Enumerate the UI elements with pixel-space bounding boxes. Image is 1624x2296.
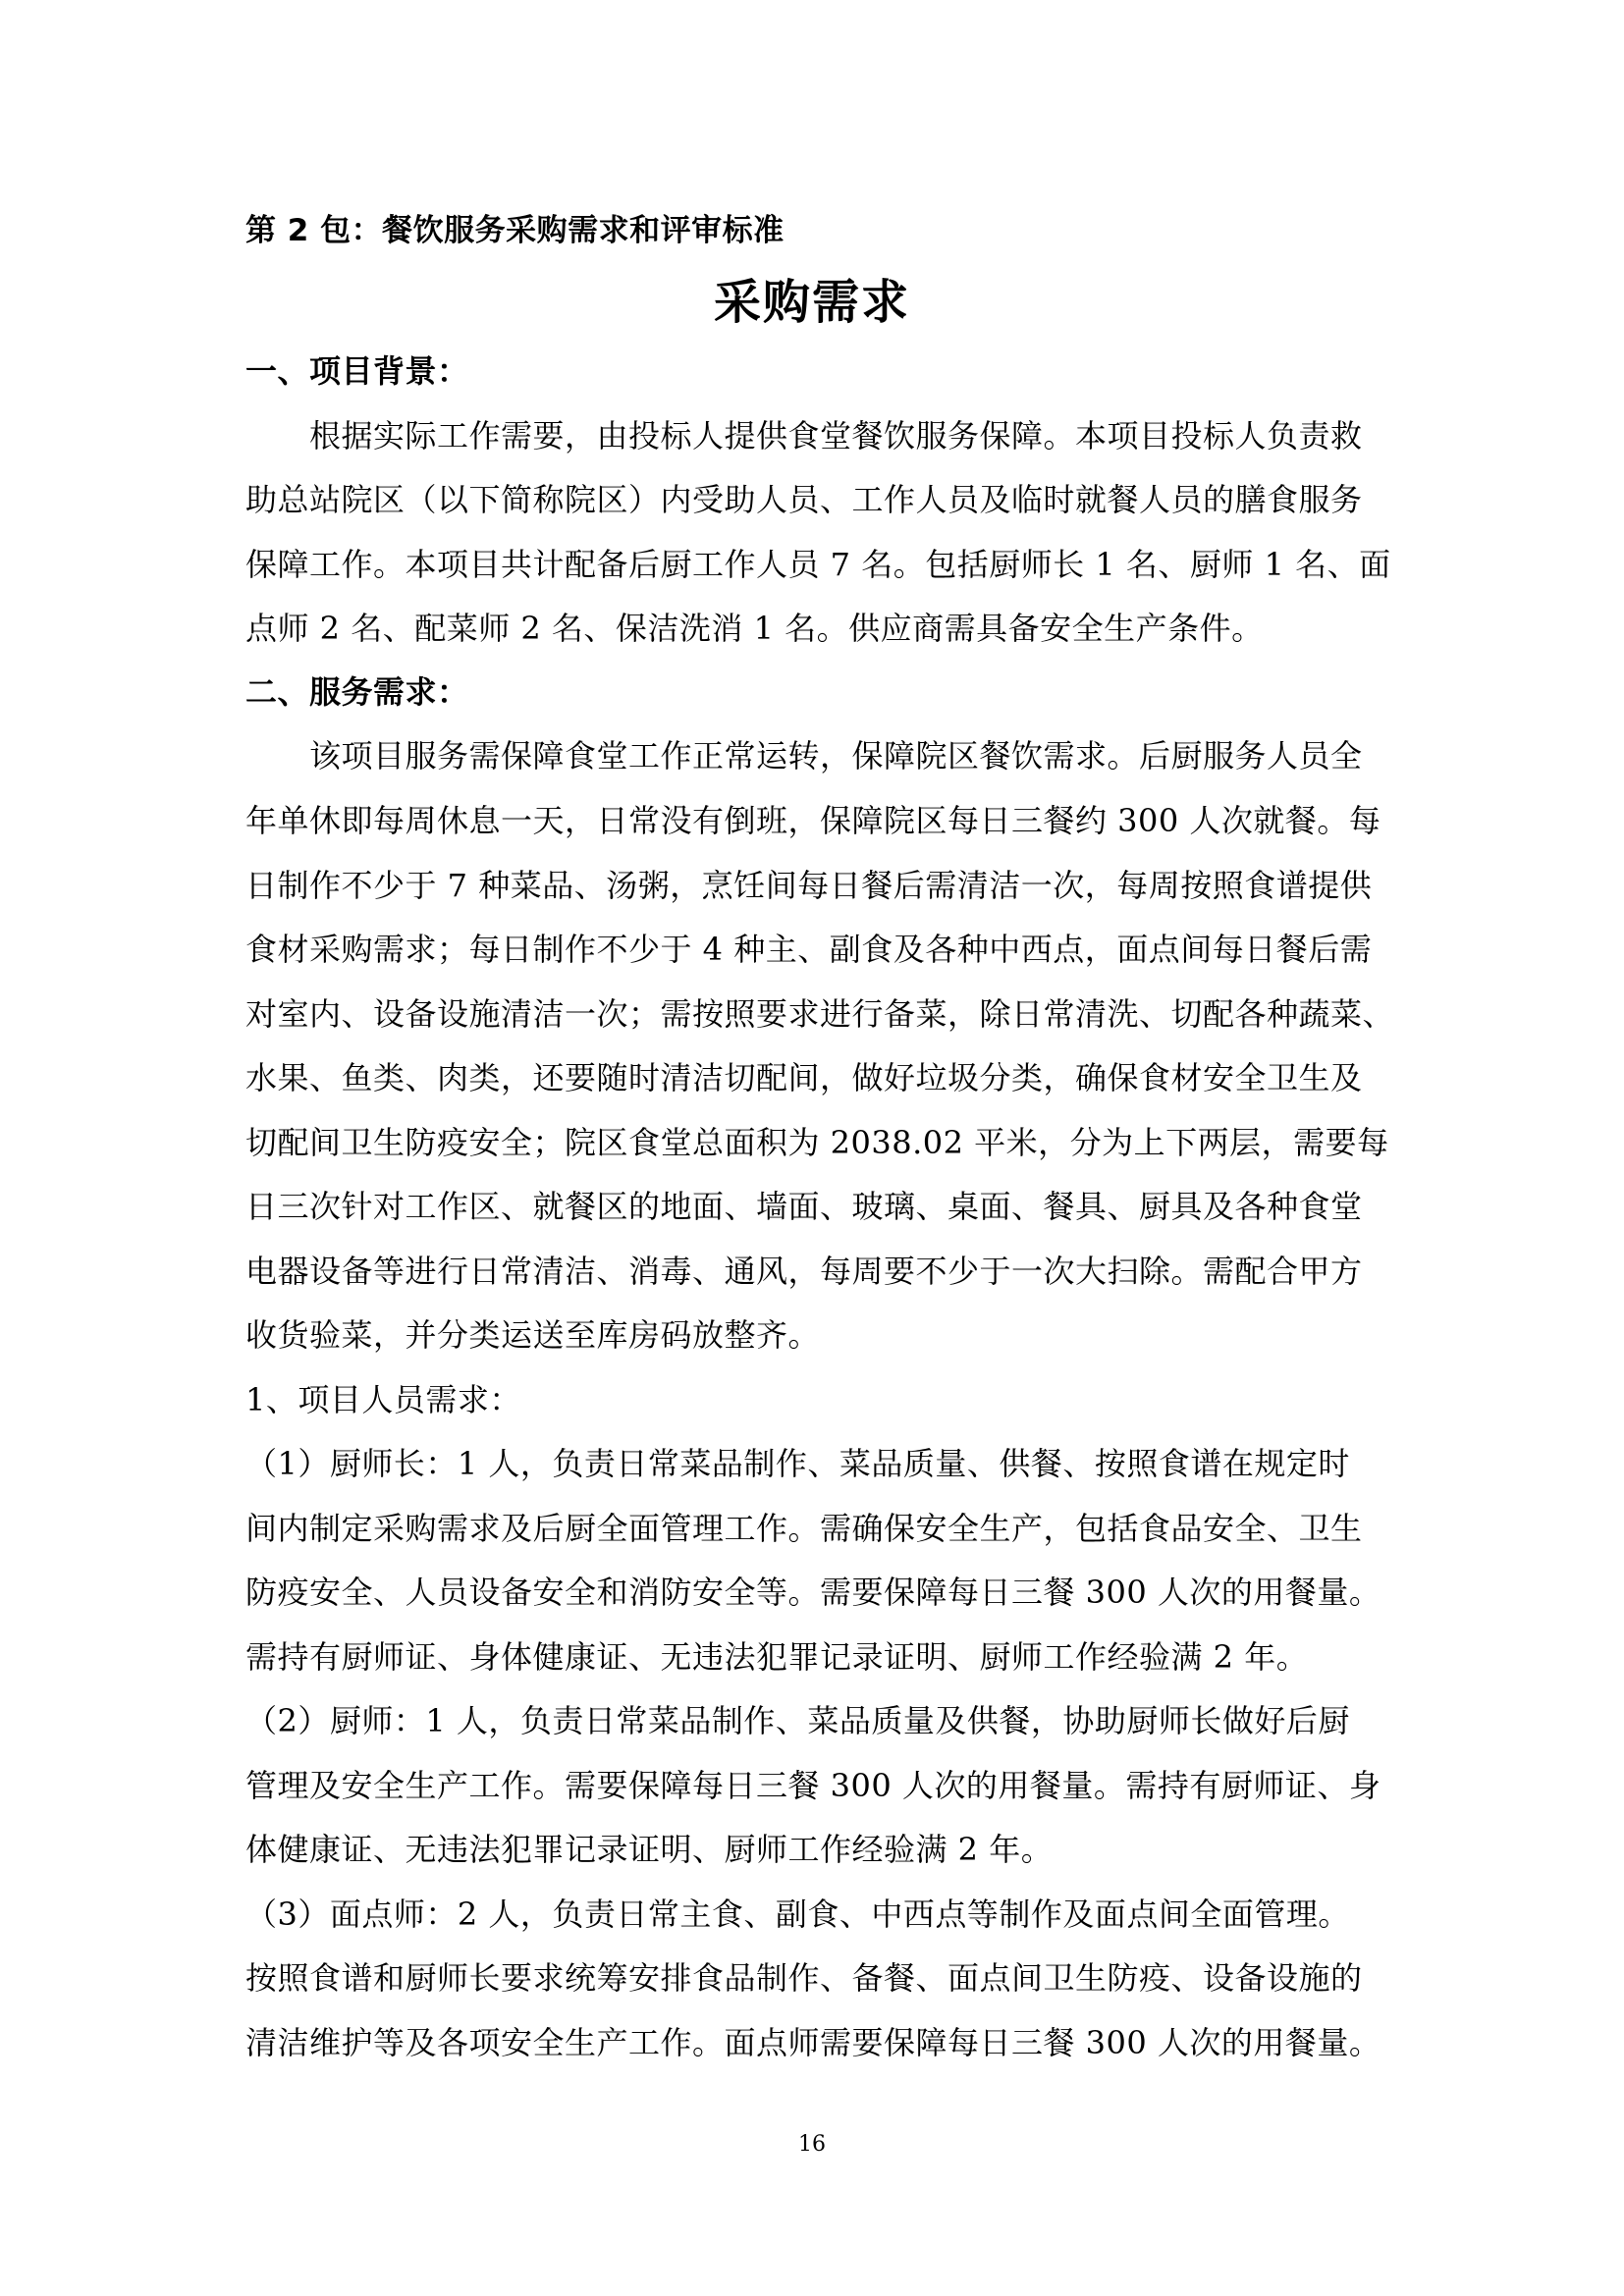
paragraph-line: 收货验菜，并分类运送至库房码放整齐。 [245, 1315, 1384, 1355]
paragraph-line: 日三次针对工作区、就餐区的地面、墙面、玻璃、桌面、餐具、厨具及各种食堂 [245, 1187, 1384, 1226]
page-title: 采购需求 [0, 273, 1624, 332]
list-item-line: 按照食谱和厨师长要求统筹安排食品制作、备餐、面点间卫生防疫、设备设施的 [245, 1958, 1384, 1998]
package-heading: 第 2 包：餐饮服务采购需求和评审标准 [245, 211, 1384, 250]
list-item-line: 间内制定采购需求及后厨全面管理工作。需确保安全生产，包括食品安全、卫生 [245, 1509, 1384, 1548]
paragraph-line: 水果、鱼类、肉类，还要随时清洁切配间，做好垃圾分类，确保食材安全卫生及 [245, 1058, 1384, 1097]
paragraph-line: 年单休即每周休息一天，日常没有倒班，保障院区每日三餐约 300 人次就餐。每 [245, 801, 1384, 840]
list-item-line: （2）厨师：1 人，负责日常菜品制作、菜品质量及供餐，协助厨师长做好后厨 [245, 1701, 1384, 1740]
list-item-line: 防疫安全、人员设备安全和消防安全等。需要保障每日三餐 300 人次的用餐量。 [245, 1573, 1384, 1612]
paragraph-line: 食材采购需求；每日制作不少于 4 种主、副食及各种中西点，面点间每日餐后需 [245, 930, 1384, 969]
paragraph-line: 根据实际工作需要，由投标人提供食堂餐饮服务保障。本项目投标人负责救 [309, 416, 1448, 455]
section-heading-service: 二、服务需求： [245, 672, 1384, 712]
document-page: 第 2 包：餐饮服务采购需求和评审标准 采购需求 一、项目背景： 根据实际工作需… [0, 0, 1624, 2296]
list-item-line: 体健康证、无违法犯罪记录证明、厨师工作经验满 2 年。 [245, 1830, 1384, 1869]
paragraph-line: 电器设备等进行日常清洁、消毒、通风，每周要不少于一次大扫除。需配合甲方 [245, 1252, 1384, 1291]
list-item-line: （1）厨师长：1 人，负责日常菜品制作、菜品质量、供餐、按照食谱在规定时 [245, 1444, 1384, 1483]
subsection-heading-staff: 1、项目人员需求： [245, 1380, 1384, 1419]
section-heading-background: 一、项目背景： [245, 351, 1384, 391]
list-item-line: 清洁维护等及各项安全生产工作。面点师需要保障每日三餐 300 人次的用餐量。 [245, 2023, 1384, 2062]
paragraph-line: 点师 2 名、配菜师 2 名、保洁洗消 1 名。供应商需具备安全生产条件。 [245, 609, 1384, 648]
paragraph-line: 切配间卫生防疫安全；院区食堂总面积为 2038.02 平米，分为上下两层，需要每 [245, 1123, 1384, 1162]
list-item-line: 管理及安全生产工作。需要保障每日三餐 300 人次的用餐量。需持有厨师证、身 [245, 1766, 1384, 1805]
paragraph-line: 日制作不少于 7 种菜品、汤粥，烹饪间每日餐后需清洁一次，每周按照食谱提供 [245, 866, 1384, 905]
page-number: 16 [0, 2130, 1624, 2160]
paragraph-line: 对室内、设备设施清洁一次；需按照要求进行备菜，除日常清洗、切配各种蔬菜、 [245, 994, 1384, 1034]
paragraph-line: 助总站院区（以下简称院区）内受助人员、工作人员及临时就餐人员的膳食服务 [245, 480, 1384, 519]
list-item-line: （3）面点师：2 人，负责日常主食、副食、中西点等制作及面点间全面管理。 [245, 1895, 1384, 1934]
list-item-line: 需持有厨师证、身体健康证、无违法犯罪记录证明、厨师工作经验满 2 年。 [245, 1637, 1384, 1677]
paragraph-line: 保障工作。本项目共计配备后厨工作人员 7 名。包括厨师长 1 名、厨师 1 名、… [245, 545, 1384, 584]
paragraph-line: 该项目服务需保障食堂工作正常运转，保障院区餐饮需求。后厨服务人员全 [309, 736, 1448, 775]
